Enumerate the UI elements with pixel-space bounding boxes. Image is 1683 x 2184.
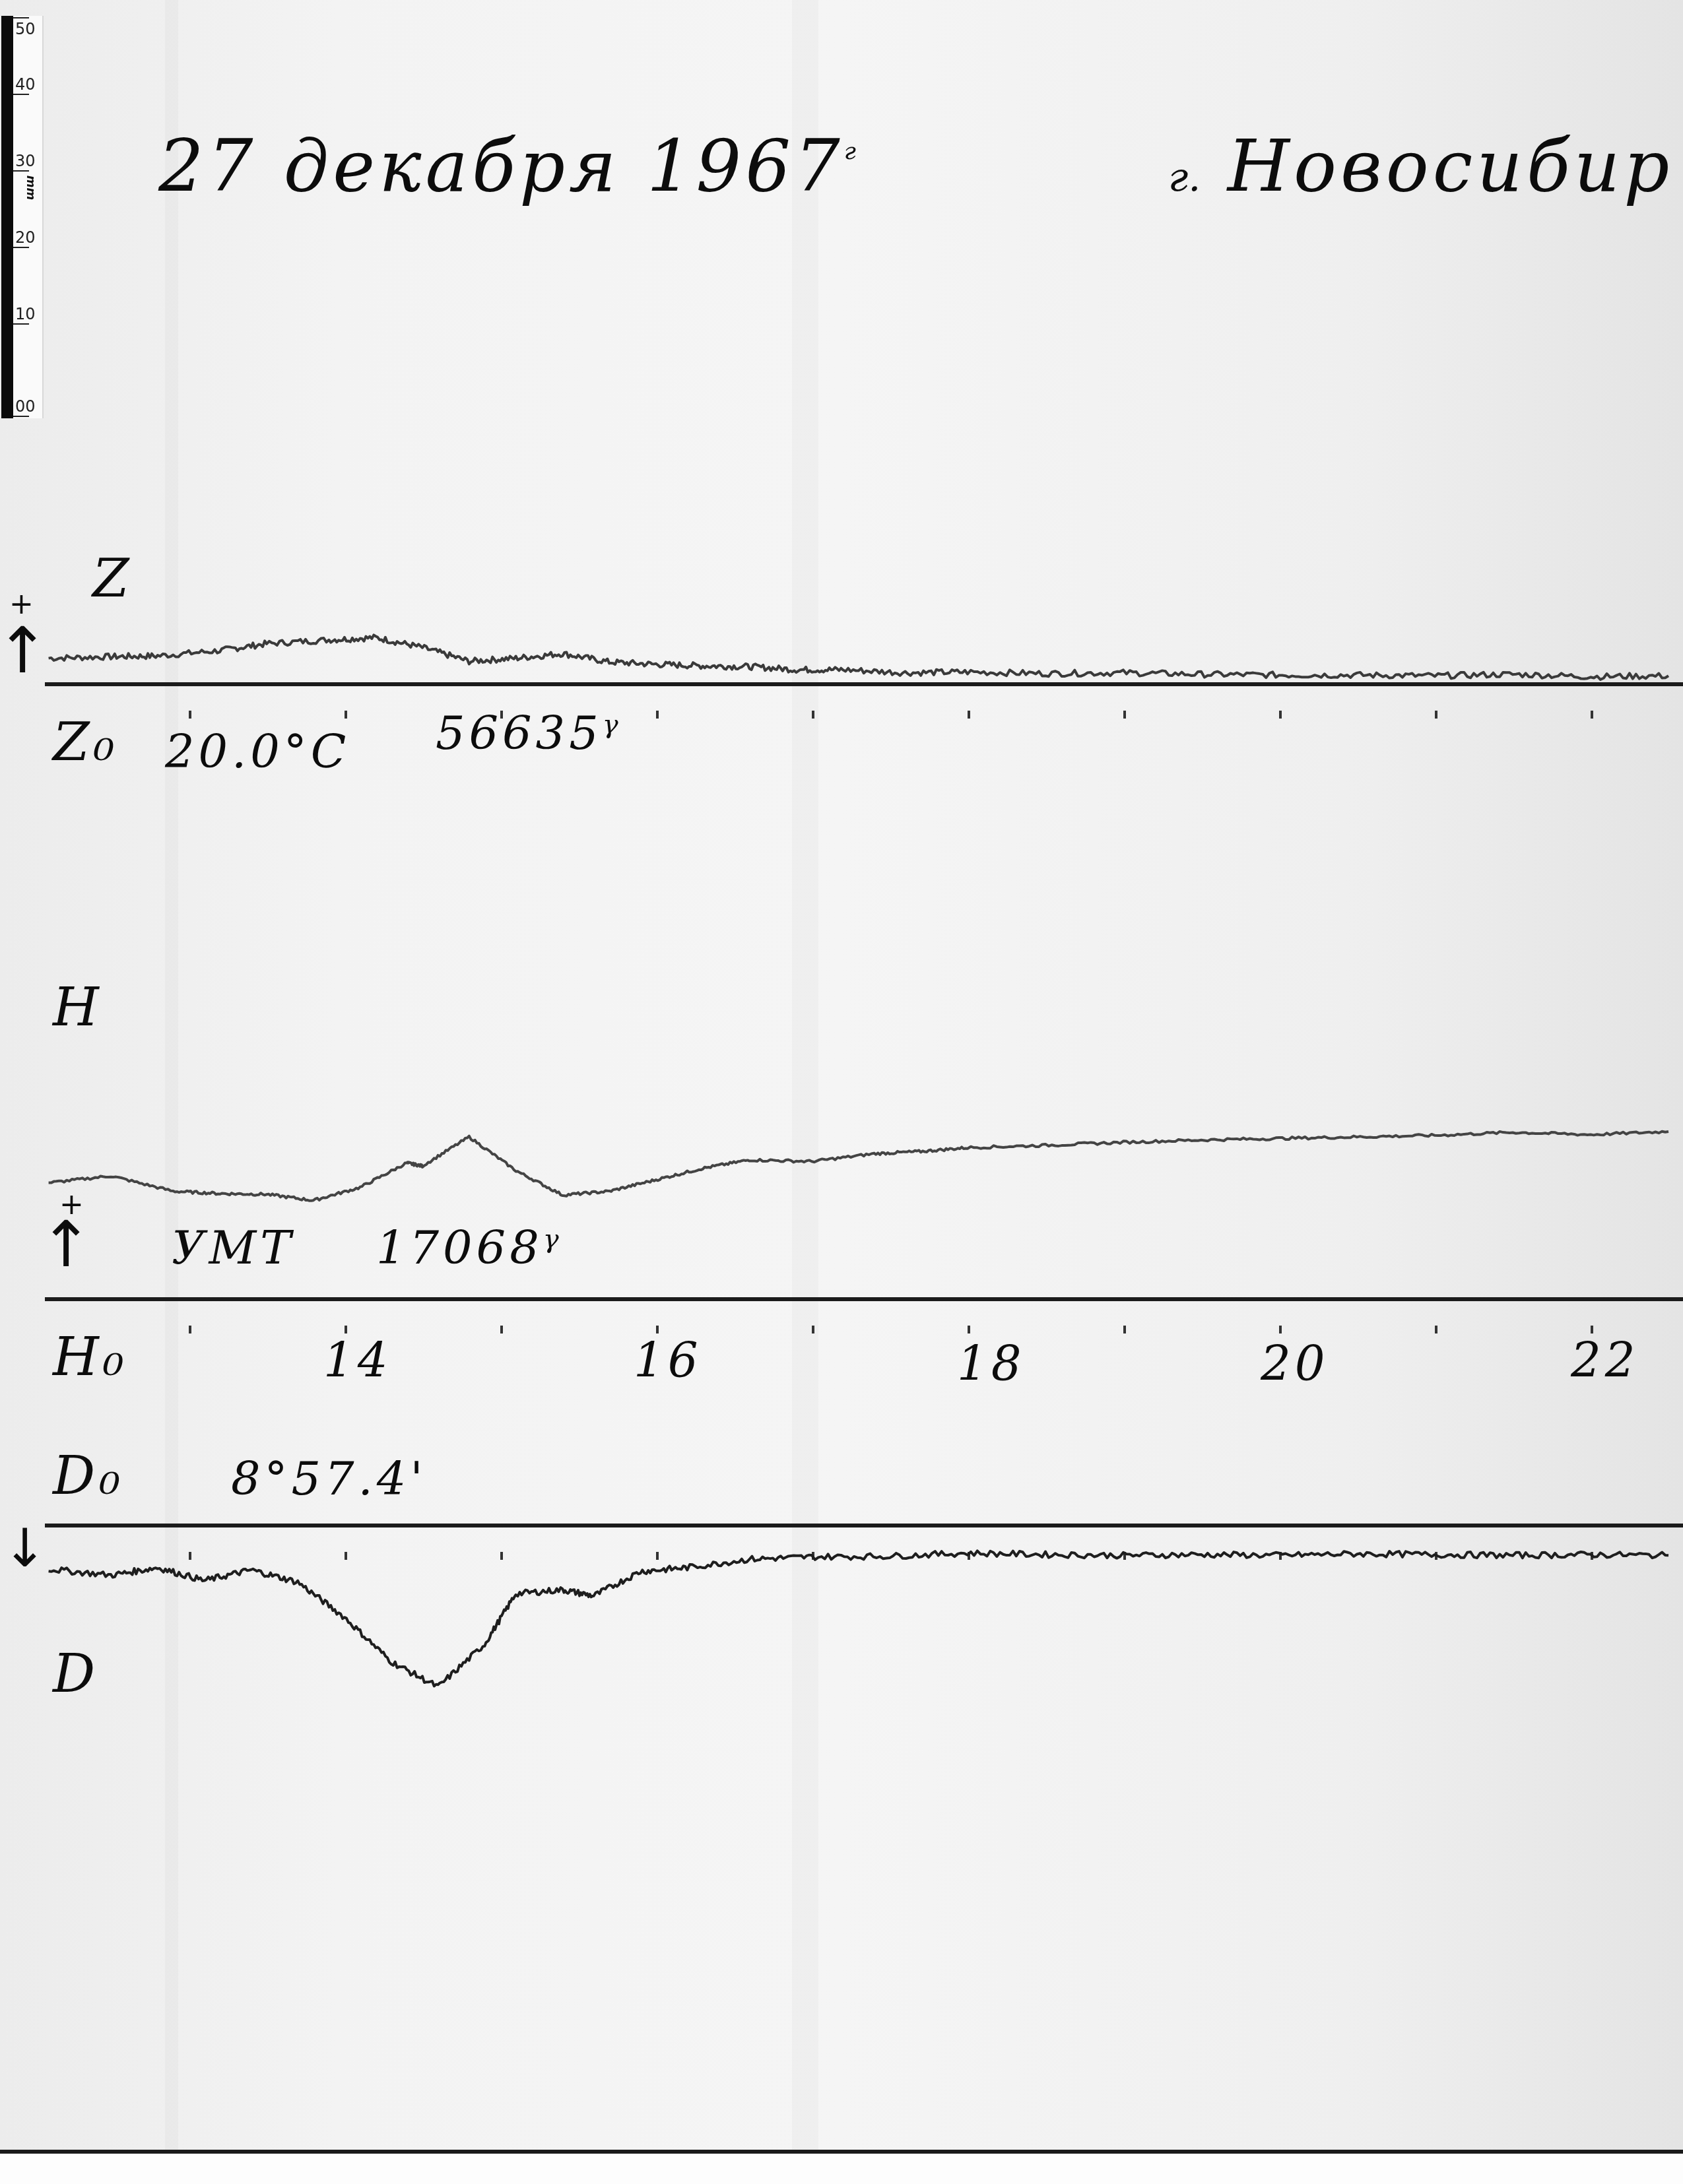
scale-bar-fill	[1, 16, 13, 418]
scale-label: 30	[15, 152, 36, 170]
city-prefix: г.	[1168, 154, 1201, 201]
d0-label: D₀	[53, 1445, 124, 1506]
date-text: 27 декабря 1967	[158, 125, 844, 208]
scale-tick	[13, 416, 29, 417]
scale-tick	[13, 247, 29, 248]
record-date: 27 декабря 1967г	[158, 125, 856, 208]
scale-tick	[13, 94, 29, 95]
mm-scale-bar: 50 40 30 mm 20 10 00	[1, 16, 44, 418]
scale-tick	[13, 170, 29, 172]
hour-tick	[500, 1552, 503, 1560]
hour-tick	[1123, 711, 1126, 719]
h-trace-label: H	[53, 977, 103, 1038]
scanner-background	[0, 2154, 1683, 2184]
scale-label: 00	[15, 397, 36, 416]
hour-label: 14	[323, 1333, 392, 1388]
hour-tick	[345, 1552, 347, 1560]
z-baseline	[45, 682, 1683, 686]
paper-crease	[165, 0, 178, 2150]
z0-unit: γ	[603, 709, 622, 740]
h-up-arrow-icon: ↑	[40, 1207, 92, 1281]
scale-unit: mm	[24, 176, 38, 201]
scale-label: 20	[15, 228, 36, 247]
z0-label: Z₀	[53, 711, 119, 773]
d0-value: 8°57.4'	[231, 1452, 427, 1506]
hour-tick	[656, 1552, 659, 1560]
h0-label: H₀	[53, 1326, 128, 1388]
hour-tick	[1591, 1326, 1593, 1333]
d-baseline	[45, 1524, 1683, 1527]
scale-label: 50	[15, 20, 36, 38]
magnetogram-sheet	[0, 0, 1683, 2150]
d-trace-label: D	[53, 1643, 99, 1704]
hour-tick	[1123, 1552, 1126, 1560]
scale-label: 10	[15, 305, 36, 323]
z-trace-label: Z	[92, 548, 133, 609]
z-temperature: 20.0°C	[165, 724, 350, 779]
hour-tick	[1435, 711, 1437, 719]
hour-tick	[968, 1326, 970, 1333]
time-system-label: УМТ	[172, 1221, 295, 1275]
hour-tick	[1591, 711, 1593, 719]
station-name: г. Новосибир	[1168, 125, 1674, 208]
hour-tick	[656, 711, 659, 719]
h-baseline	[45, 1297, 1683, 1301]
hour-tick	[189, 1326, 191, 1333]
hour-tick	[345, 711, 347, 719]
z0-value: 56635γ	[436, 706, 622, 760]
hour-tick	[189, 1552, 191, 1560]
hour-tick	[500, 1326, 503, 1333]
h0-value: 17068γ	[376, 1221, 563, 1275]
z0-number: 56635	[436, 706, 603, 760]
hour-label: 20	[1261, 1336, 1329, 1392]
hour-label: 16	[634, 1333, 702, 1388]
hour-tick	[1279, 711, 1282, 719]
hour-tick	[656, 1326, 659, 1333]
hour-tick	[1435, 1326, 1437, 1333]
scale-tick	[13, 323, 29, 325]
hour-tick	[812, 1552, 814, 1560]
hour-tick	[1591, 1552, 1593, 1560]
hour-tick	[968, 1552, 970, 1560]
h0-number: 17068	[376, 1221, 543, 1275]
hour-tick	[500, 711, 503, 719]
d-down-arrow-icon: ↓	[3, 1518, 47, 1579]
year-suffix: г	[844, 138, 856, 165]
hour-tick	[812, 1326, 814, 1333]
h0-unit: γ	[543, 1224, 563, 1254]
hour-tick	[812, 711, 814, 719]
hour-label: 18	[957, 1336, 1026, 1392]
hour-label: 22	[1571, 1333, 1639, 1388]
hour-tick	[1123, 1326, 1126, 1333]
hour-tick	[968, 711, 970, 719]
city-text: Новосибир	[1228, 125, 1674, 208]
hour-tick	[345, 1326, 347, 1333]
hour-tick	[1435, 1552, 1437, 1560]
z-up-arrow-icon: ↑	[0, 614, 49, 688]
hour-tick	[1279, 1326, 1282, 1333]
scale-tick	[13, 17, 29, 18]
scale-label: 40	[15, 75, 36, 94]
paper-crease	[792, 0, 818, 2150]
hour-tick	[189, 711, 191, 719]
hour-tick	[1279, 1552, 1282, 1560]
